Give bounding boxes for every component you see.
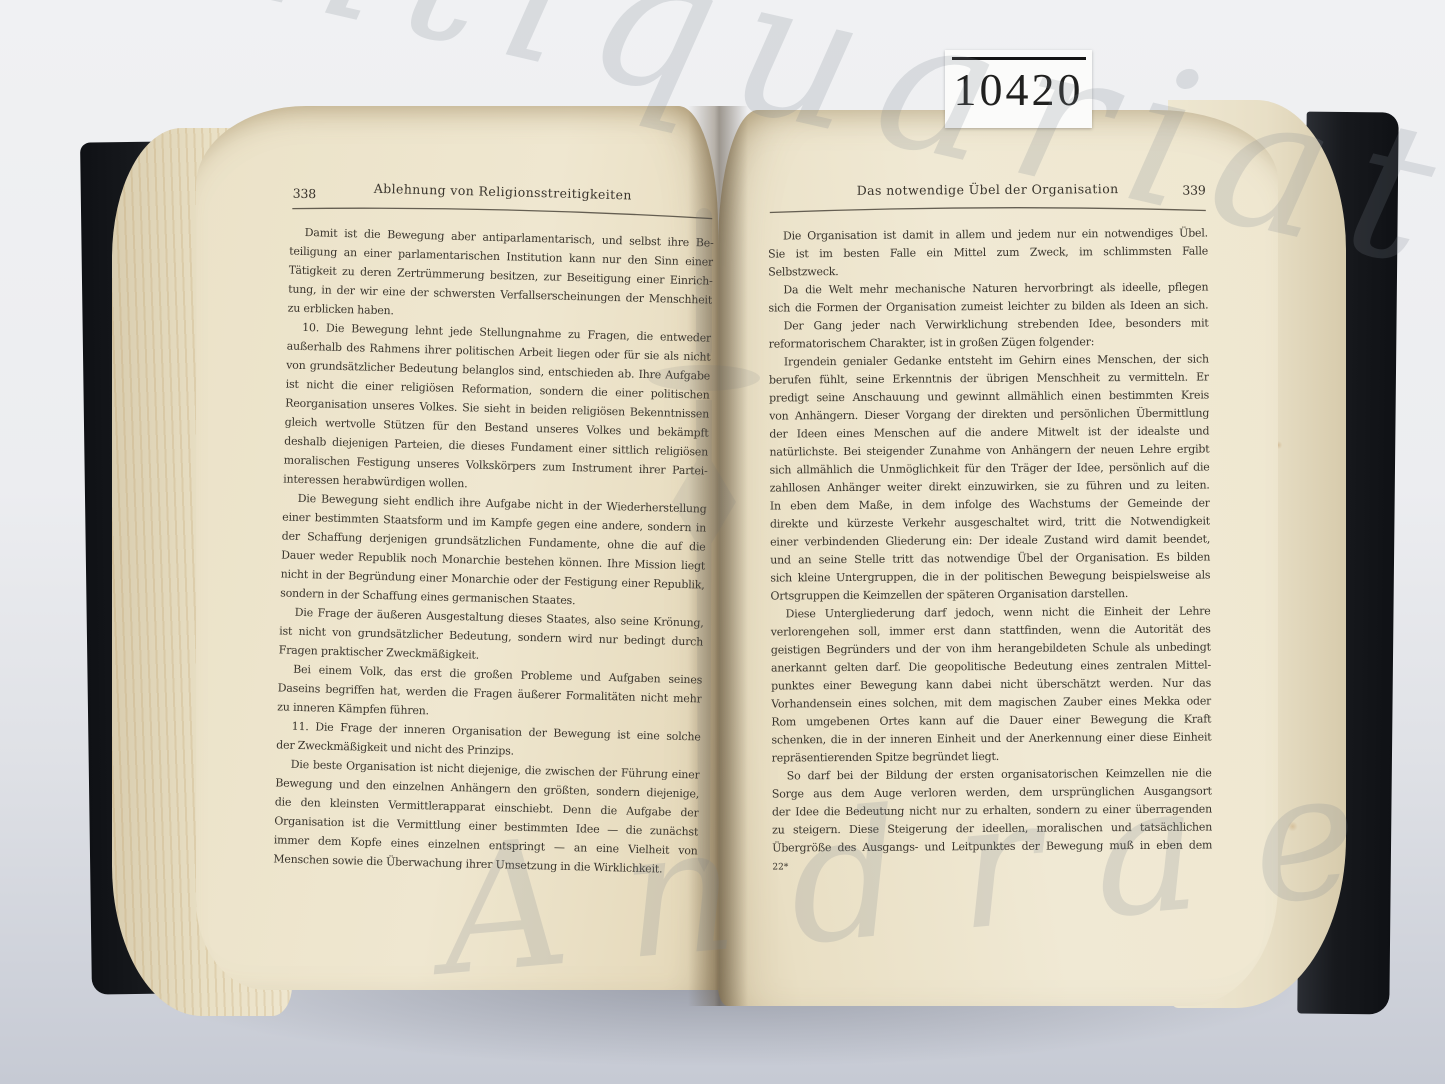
book-photo: 338 Ablehnung von Religionsstreitigkeite… [0, 0, 1445, 1084]
right-page-number: 339 [1182, 182, 1205, 197]
header-rule [290, 201, 714, 222]
paragraph: 10. Die Bewegung lehnt jede Stellungnahm… [283, 318, 711, 500]
text-line: Übergröße des Ausgangs- und Leitpunktes … [772, 836, 1212, 857]
inventory-label: 10420 [945, 50, 1092, 128]
paragraph: Die Bewegung sieht endlich ihre Aufgabe … [280, 488, 707, 613]
paragraph: So darf bei der Bildung der ersten organ… [772, 764, 1213, 857]
paragraph: Diese Untergliederung darf jedoch, wenn … [771, 602, 1212, 767]
left-page-number: 338 [293, 186, 317, 202]
text-line: Der Gang jeder nach Verwirklichung streb… [769, 314, 1209, 335]
right-page-text: Das notwendige Übel der Organisation 339… [768, 180, 1213, 872]
header-rule [768, 202, 1208, 215]
paragraph: Da die Welt mehr mechanische Naturen her… [768, 278, 1208, 317]
text-line: Sie ist im besten Falle ein Mittel zum Z… [768, 242, 1208, 263]
left-page-text: 338 Ablehnung von Religionsstreitigkeite… [273, 179, 715, 880]
paragraph: Die beste Organisation ist nicht diejeni… [273, 754, 700, 879]
paragraph: Damit ist die Bewegung aber antiparlamen… [287, 223, 713, 329]
left-page-body: Damit ist die Bewegung aber antiparlamen… [273, 223, 714, 880]
text-line: sich kleine Untergruppen, die in der pol… [770, 566, 1210, 587]
right-page-body: Die Organisation ist damit in allem und … [768, 224, 1212, 857]
paragraph: Die Organisation ist damit in allem und … [768, 224, 1208, 281]
right-running-title: Das notwendige Übel der Organisation [768, 180, 1208, 198]
paragraph: Der Gang jeder nach Verwirklichung streb… [769, 314, 1209, 353]
right-running-header: Das notwendige Übel der Organisation 339 [768, 180, 1208, 215]
inventory-number: 10420 [954, 60, 1084, 120]
text-line: schenken, die in der inneren Einheit und… [771, 728, 1211, 749]
paragraph: Irgendein genialer Gedanke entsteht im G… [769, 350, 1211, 605]
